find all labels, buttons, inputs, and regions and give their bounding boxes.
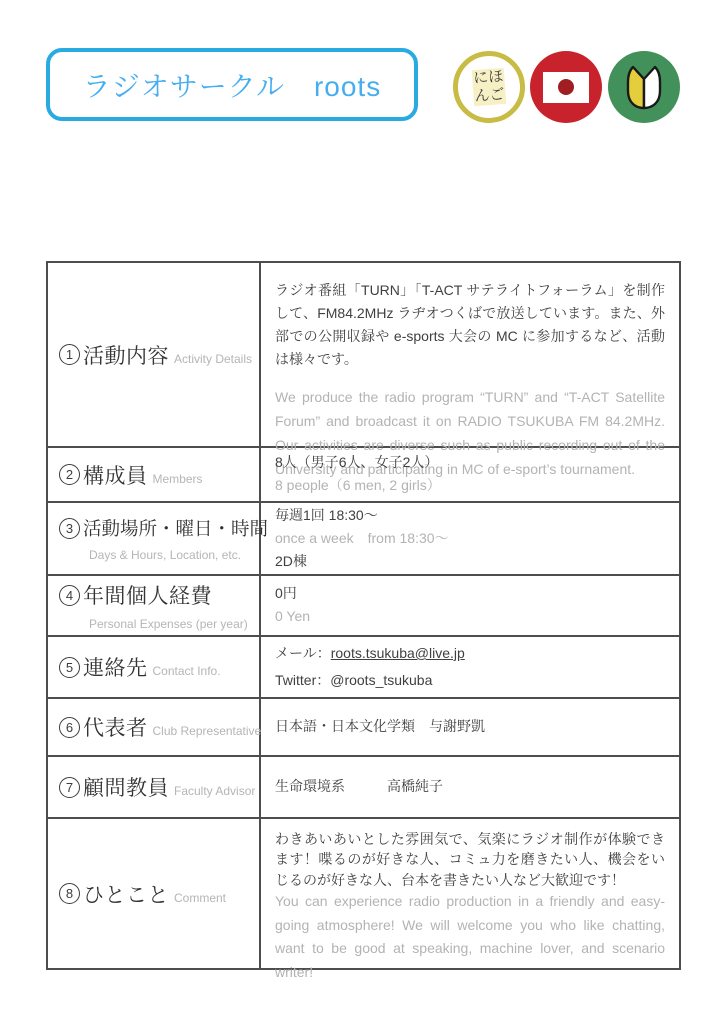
row-faculty-advisor: 7 顧問教員 Faculty Advisor 生命環境系 高橋純子 bbox=[48, 755, 679, 817]
row-content-cell: メール：roots.tsukuba@live.jp Twitter：@roots… bbox=[261, 637, 679, 697]
nihongo-badge-icon: にほ んご bbox=[451, 49, 528, 126]
advisor-jp: 生命環境系 高橋純子 bbox=[275, 775, 665, 798]
row-label-cell: 6 代表者 Club Representative bbox=[48, 699, 261, 755]
flag-rect bbox=[543, 72, 589, 103]
row-content-cell: 8人（男子6人、女子2人） 8 people（6 men, 2 girls） bbox=[261, 448, 679, 501]
row-label-jp: 顧問教員 bbox=[83, 772, 169, 802]
row-label-cell: 3 活動場所・曜日・時間 Days & Hours, Location, etc… bbox=[48, 503, 261, 574]
location-jp: 2D棟 bbox=[275, 550, 665, 573]
club-title: ラジオサークル roots bbox=[83, 65, 381, 105]
row-label-jp: 活動内容 bbox=[83, 340, 169, 370]
wakaba-leaf-icon bbox=[626, 64, 662, 110]
members-en: 8 people（6 men, 2 girls） bbox=[275, 474, 665, 498]
row-label-jp: 構成員 bbox=[83, 460, 148, 490]
row-label-cell: 5 連絡先 Contact Info. bbox=[48, 637, 261, 697]
comment-jp: わきあいあいとした雰囲気で、気楽にラジオ制作が体験できます！喋るのが好きな人、コ… bbox=[275, 829, 665, 890]
row-label-cell: 1 活動内容 Activity Details bbox=[48, 263, 261, 446]
nihongo-badge-line1: にほ bbox=[472, 68, 505, 88]
row-content-cell: 日本語・日本文化学類 与謝野凱 bbox=[261, 699, 679, 755]
members-jp: 8人（男子6人、女子2人） bbox=[275, 451, 665, 474]
row-content-cell: 0円 0 Yen bbox=[261, 576, 679, 635]
schedule-jp: 毎週1回 18:30～ bbox=[275, 504, 665, 527]
row-number-icon: 7 bbox=[59, 777, 80, 798]
row-label-cell: 7 顧問教員 Faculty Advisor bbox=[48, 757, 261, 817]
row-label-en: Faculty Advisor bbox=[174, 784, 255, 798]
row-club-representative: 6 代表者 Club Representative 日本語・日本文化学類 与謝野… bbox=[48, 697, 679, 755]
row-label-jp: 代表者 bbox=[83, 712, 148, 742]
row-label-en: Days & Hours, Location, etc. bbox=[89, 548, 253, 562]
row-comment: 8 ひとこと Comment わきあいあいとした雰囲気で、気楽にラジオ制作が体験… bbox=[48, 817, 679, 968]
row-label-en: Club Representative bbox=[153, 724, 262, 738]
schedule-en: once a week from 18:30～ bbox=[275, 527, 665, 551]
beginner-mark-icon bbox=[608, 51, 680, 123]
email-link[interactable]: roots.tsukuba@live.jp bbox=[331, 645, 465, 661]
row-content-cell: 毎週1回 18:30～ once a week from 18:30～ 2D棟 bbox=[261, 503, 679, 574]
expenses-jp: 0円 bbox=[275, 582, 665, 605]
row-label-cell: 8 ひとこと Comment bbox=[48, 819, 261, 968]
contact-mail-line: メール：roots.tsukuba@live.jp bbox=[275, 642, 665, 665]
row-activity-details: 1 活動内容 Activity Details ラジオ番組「TURN」「T-AC… bbox=[48, 263, 679, 446]
flag-dot bbox=[558, 79, 574, 95]
row-number-icon: 1 bbox=[59, 344, 80, 365]
row-members: 2 構成員 Members 8人（男子6人、女子2人） 8 people（6 m… bbox=[48, 446, 679, 501]
mail-prefix: メール： bbox=[275, 645, 331, 661]
row-label-en: Contact Info. bbox=[153, 664, 221, 678]
row-contact-info: 5 連絡先 Contact Info. メール：roots.tsukuba@li… bbox=[48, 635, 679, 697]
row-number-icon: 5 bbox=[59, 657, 80, 678]
row-location-schedule: 3 活動場所・曜日・時間 Days & Hours, Location, etc… bbox=[48, 501, 679, 574]
row-number-icon: 6 bbox=[59, 717, 80, 738]
row-label-en: Activity Details bbox=[174, 352, 252, 366]
row-label-cell: 4 年間個人経費 Personal Expenses (per year) bbox=[48, 576, 261, 635]
row-content-cell: わきあいあいとした雰囲気で、気楽にラジオ制作が体験できます！喋るのが好きな人、コ… bbox=[261, 819, 679, 968]
contact-twitter-line: Twitter：@roots_tsukuba bbox=[275, 669, 665, 692]
row-label-en: Comment bbox=[174, 891, 226, 905]
row-label-jp: 年間個人経費 bbox=[83, 580, 212, 610]
document-page: ラジオサークル roots にほ んご 1 活動内容 Activity Deta… bbox=[0, 0, 724, 1024]
row-content-cell: 生命環境系 高橋純子 bbox=[261, 757, 679, 817]
row-label-jp: ひとこと bbox=[83, 879, 169, 909]
row-number-icon: 3 bbox=[59, 518, 80, 539]
row-label-en: Personal Expenses (per year) bbox=[89, 617, 253, 631]
comment-en: You can experience radio production in a… bbox=[275, 890, 665, 985]
row-number-icon: 8 bbox=[59, 883, 80, 904]
row-personal-expenses: 4 年間個人経費 Personal Expenses (per year) 0円… bbox=[48, 574, 679, 635]
japan-flag-icon bbox=[530, 51, 602, 123]
nihongo-badge-line2: んご bbox=[473, 86, 506, 106]
row-number-icon: 2 bbox=[59, 464, 80, 485]
club-title-box: ラジオサークル roots bbox=[46, 48, 418, 121]
row-label-en: Members bbox=[153, 472, 203, 486]
row-label-jp: 連絡先 bbox=[83, 652, 148, 682]
row-label-cell: 2 構成員 Members bbox=[48, 448, 261, 501]
club-info-table: 1 活動内容 Activity Details ラジオ番組「TURN」「T-AC… bbox=[46, 261, 681, 970]
row-number-icon: 4 bbox=[59, 585, 80, 606]
activity-details-jp: ラジオ番組「TURN」「T-ACT サテライトフォーラム」を制作して、FM84.… bbox=[275, 279, 665, 371]
expenses-en: 0 Yen bbox=[275, 605, 665, 629]
row-content-cell: ラジオ番組「TURN」「T-ACT サテライトフォーラム」を制作して、FM84.… bbox=[261, 263, 679, 446]
row-label-jp: 活動場所・曜日・時間 bbox=[83, 515, 268, 541]
representative-jp: 日本語・日本文化学類 与謝野凱 bbox=[275, 715, 665, 738]
